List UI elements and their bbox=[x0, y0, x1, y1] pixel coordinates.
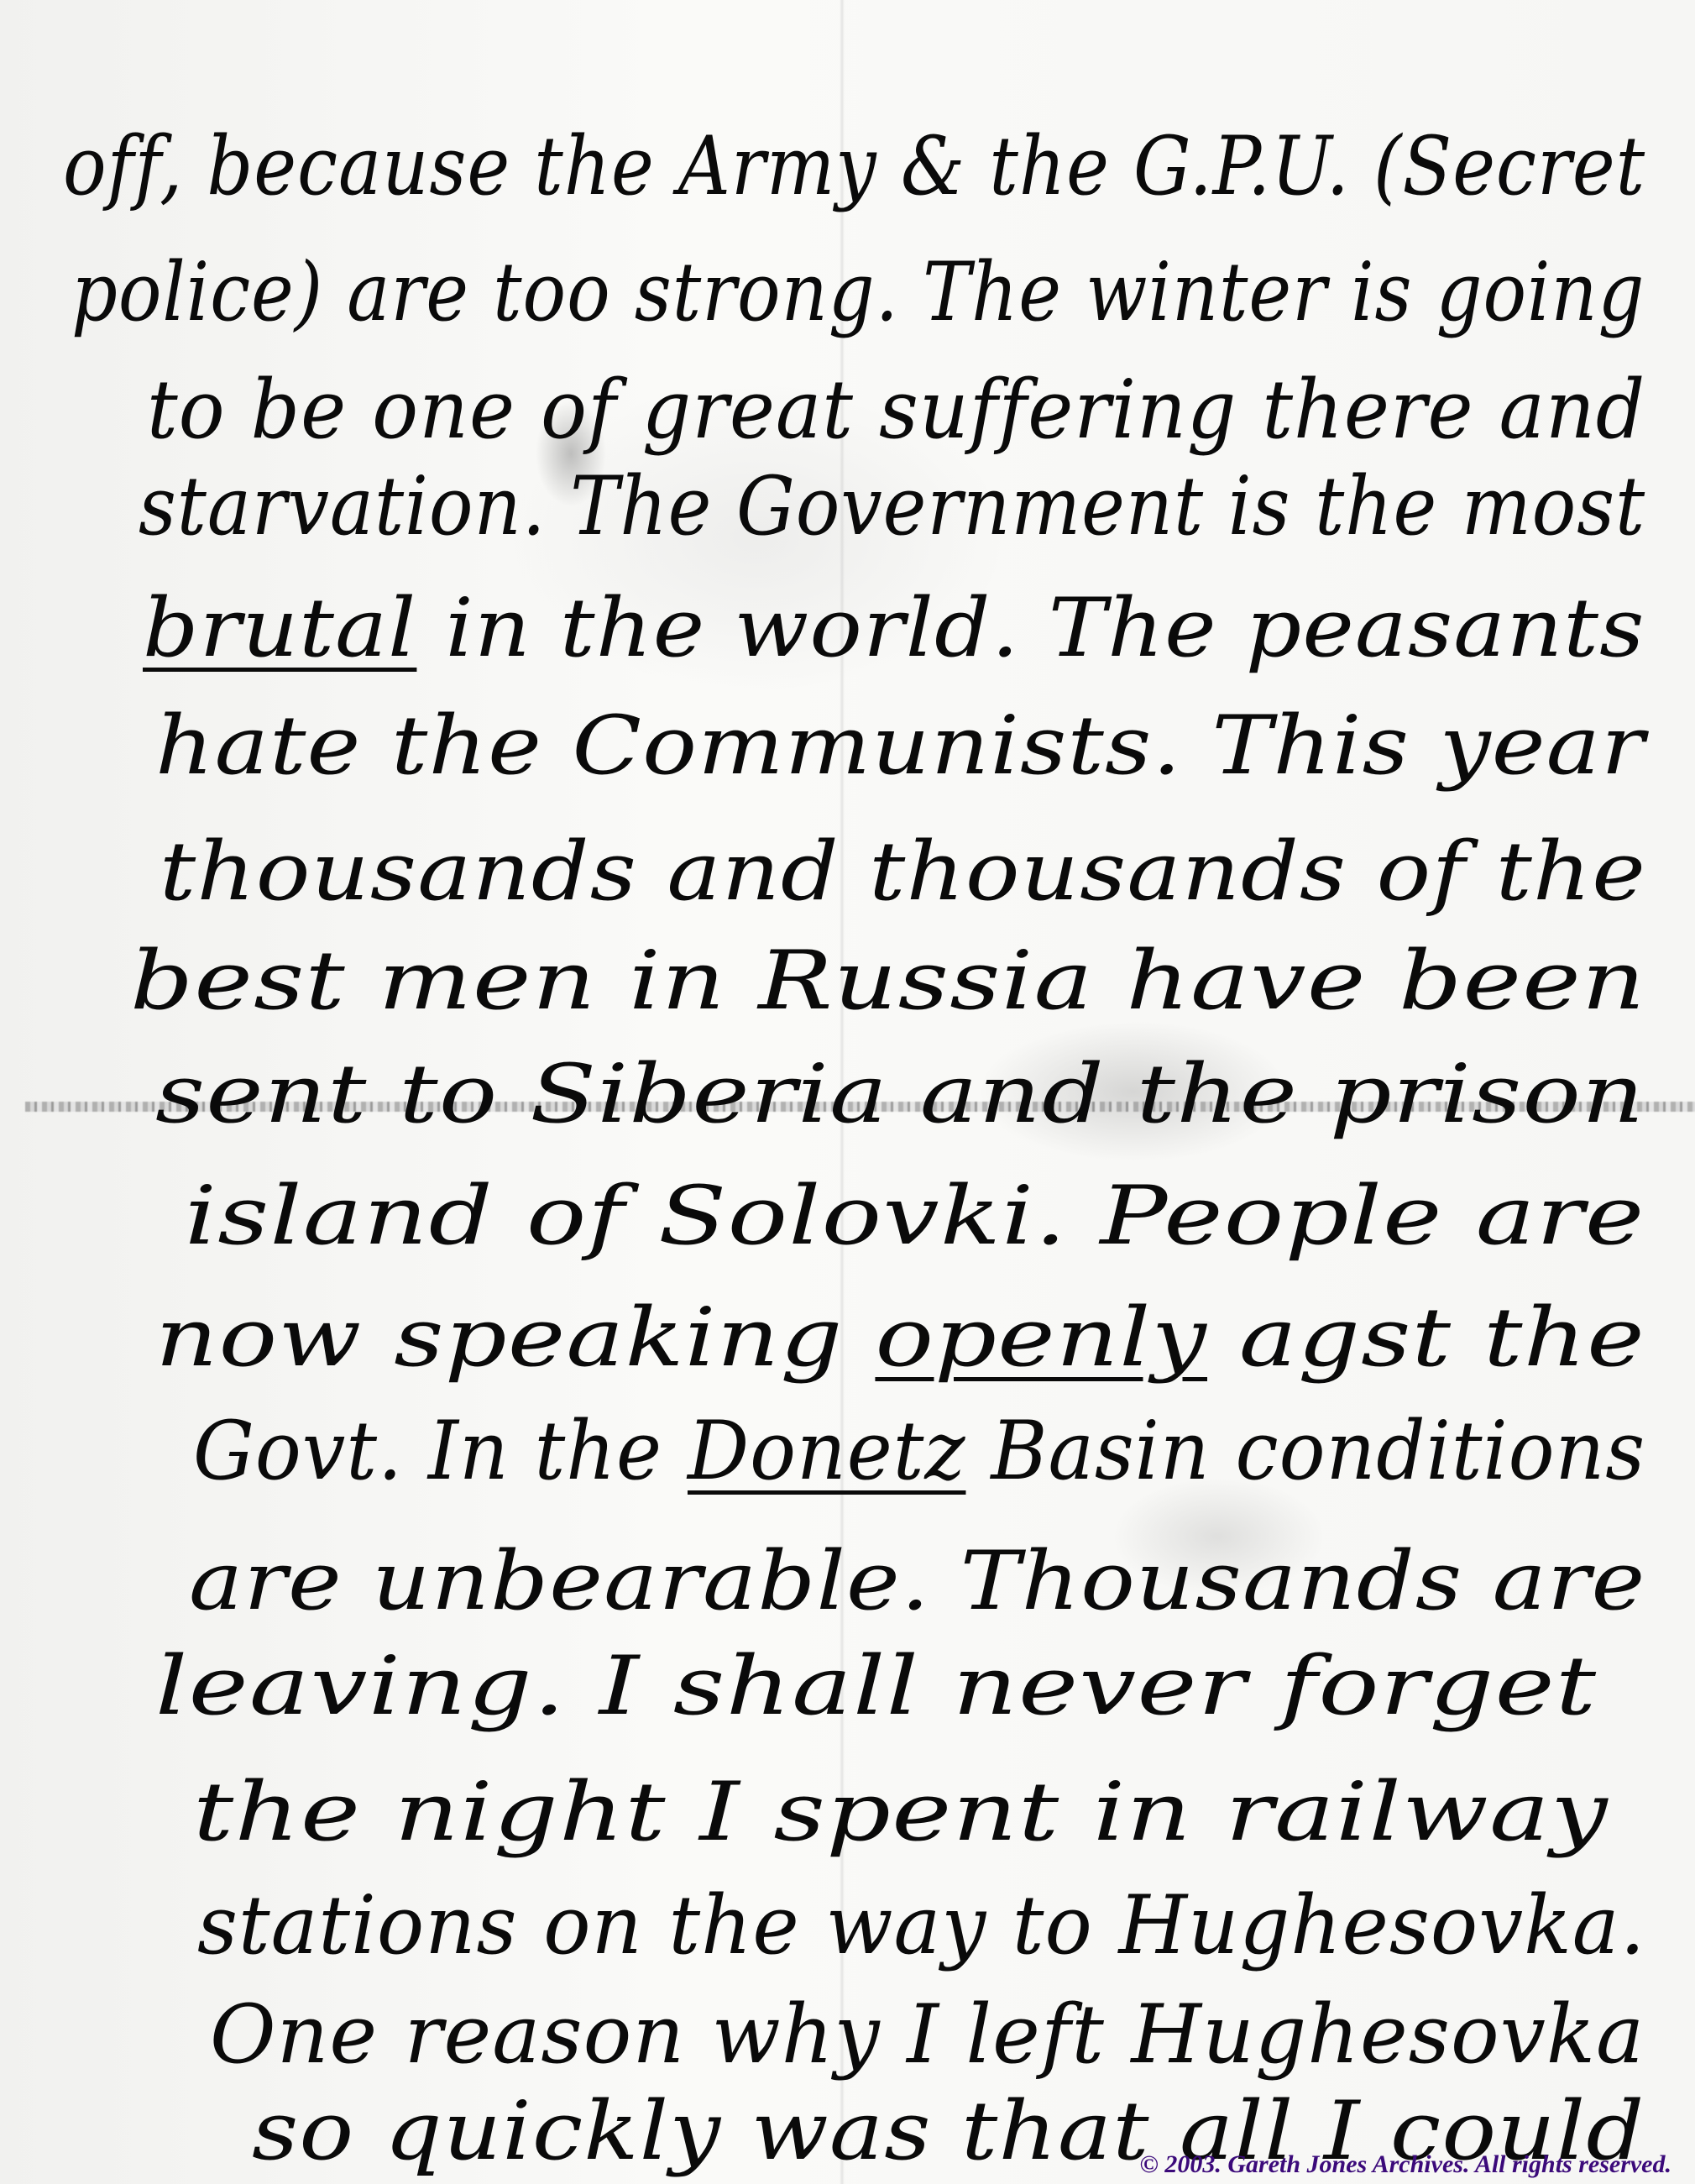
handwritten-line-4: starvation. The Government is the most bbox=[139, 466, 1645, 547]
handwritten-line-6: hate the Communists. This year bbox=[155, 705, 1645, 786]
copyright-notice: © 2003. Gareth Jones Archives. All right… bbox=[1139, 2150, 1671, 2179]
handwritten-line-3: to be one of great suffering there and bbox=[147, 369, 1645, 450]
handwritten-line-11: now speaking openly agst the bbox=[155, 1297, 1645, 1378]
handwritten-line-10: island of Solovki. People are bbox=[185, 1176, 1645, 1256]
handwritten-line-1: off, because the Army & the G.P.U. (Secr… bbox=[63, 126, 1645, 207]
line-text: Basin conditions bbox=[965, 1404, 1645, 1498]
handwritten-line-9: sent to Siberia and the prison bbox=[155, 1054, 1645, 1134]
handwritten-line-14: leaving. I shall never forget bbox=[155, 1646, 1597, 1726]
underlined-word: Donetz bbox=[688, 1404, 965, 1498]
handwritten-line-13: are unbearable. Thousands are bbox=[189, 1541, 1645, 1621]
handwritten-line-5: brutal in the world. The peasants bbox=[143, 588, 1645, 668]
handwritten-line-15: the night I spent in railway bbox=[193, 1772, 1609, 1852]
line-text: now speaking bbox=[155, 1291, 875, 1385]
handwritten-line-7: thousands and thousands of the bbox=[160, 831, 1646, 912]
line-text: Govt. In the bbox=[193, 1404, 688, 1498]
line-text: in the world. The peasants bbox=[416, 581, 1645, 675]
handwritten-line-2: police) are too strong. The winter is go… bbox=[71, 252, 1645, 333]
handwritten-line-17: One reason why I left Hughesovka bbox=[210, 1994, 1645, 2075]
handwritten-line-16: stations on the way to Hughesovka. bbox=[197, 1885, 1645, 1966]
underlined-word: openly bbox=[875, 1291, 1207, 1385]
underlined-word: brutal bbox=[143, 581, 416, 675]
handwritten-line-12: Govt. In the Donetz Basin conditions bbox=[193, 1411, 1645, 1491]
line-text: agst the bbox=[1207, 1291, 1645, 1385]
handwritten-line-8: best men in Russia have been bbox=[130, 940, 1646, 1021]
